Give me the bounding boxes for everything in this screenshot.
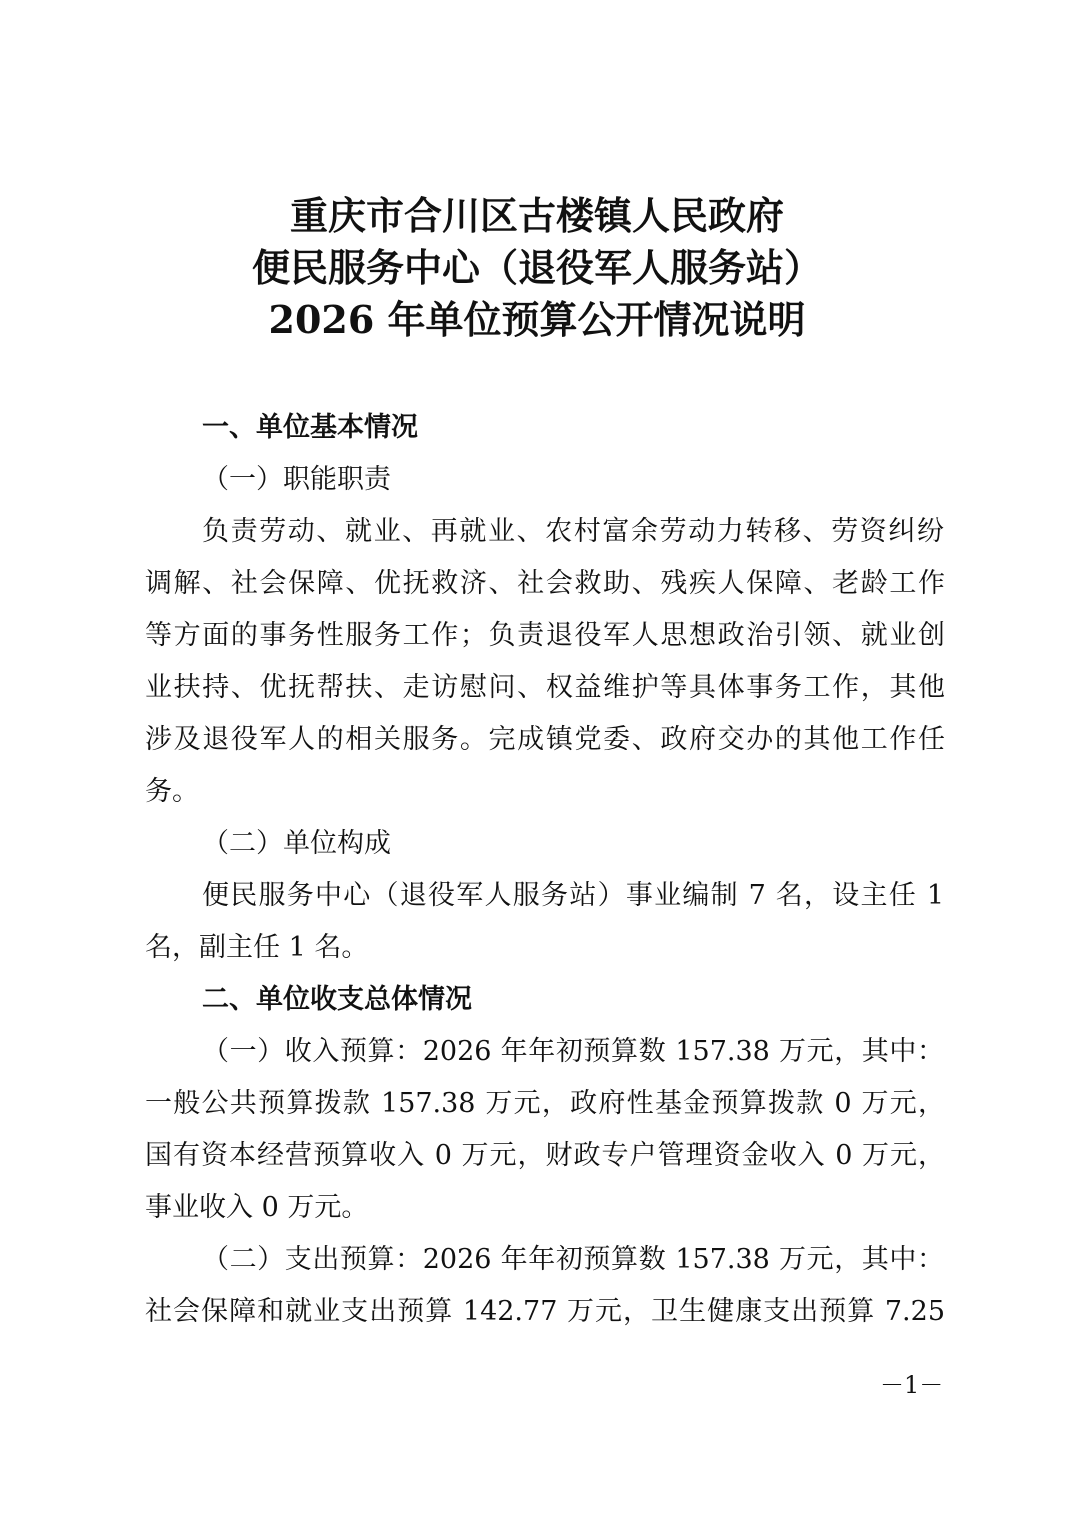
paragraph-line: 等方面的事务性服务工作；负责退役军人思想政治引领、就业创 [145, 618, 945, 654]
section-heading-basic-info: 一、单位基本情况 [202, 410, 418, 446]
document-title: 重庆市合川区古楼镇人民政府 便民服务中心（退役军人服务站） 2026 年单位预算… [0, 190, 1074, 346]
title-line-2: 便民服务中心（退役军人服务站） [0, 242, 1074, 294]
paragraph-line: （一）收入预算：2026 年年初预算数 157.38 万元，其中： [202, 1034, 944, 1070]
paragraph-line: 涉及退役军人的相关服务。完成镇党委、政府交办的其他工作任 [145, 722, 945, 758]
paragraph-line: 便民服务中心（退役军人服务站）事业编制 7 名，设主任 1 [202, 878, 944, 914]
paragraph-line: 国有资本经营预算收入 0 万元，财政专户管理资金收入 0 万元， [145, 1138, 945, 1174]
paragraph-line: 调解、社会保障、优抚救济、社会救助、残疾人保障、老龄工作 [145, 566, 945, 602]
paragraph-line: （二）支出预算：2026 年年初预算数 157.38 万元，其中： [202, 1242, 944, 1278]
paragraph-line: 名，副主任 1 名。 [145, 930, 945, 966]
paragraph-line: 业扶持、优抚帮扶、走访慰问、权益维护等具体事务工作，其他 [145, 670, 945, 706]
paragraph-line: 社会保障和就业支出预算 142.77 万元，卫生健康支出预算 7.25 [145, 1294, 945, 1330]
subheading-composition: （二）单位构成 [202, 826, 391, 862]
paragraph-line: 一般公共预算拨款 157.38 万元，政府性基金预算拨款 0 万元， [145, 1086, 945, 1122]
paragraph-line: 事业收入 0 万元。 [145, 1190, 945, 1226]
section-heading-income-expense: 二、单位收支总体情况 [202, 982, 472, 1018]
title-line-1: 重庆市合川区古楼镇人民政府 [0, 190, 1074, 242]
paragraph-line: 务。 [145, 774, 945, 810]
paragraph-line: 负责劳动、就业、再就业、农村富余劳动力转移、劳资纠纷 [202, 514, 944, 550]
document-page: 重庆市合川区古楼镇人民政府 便民服务中心（退役军人服务站） 2026 年单位预算… [0, 0, 1074, 1520]
title-line-3: 2026 年单位预算公开情况说明 [0, 294, 1074, 346]
page-number: －1－ [880, 1370, 943, 1400]
subheading-duties: （一）职能职责 [202, 462, 391, 498]
